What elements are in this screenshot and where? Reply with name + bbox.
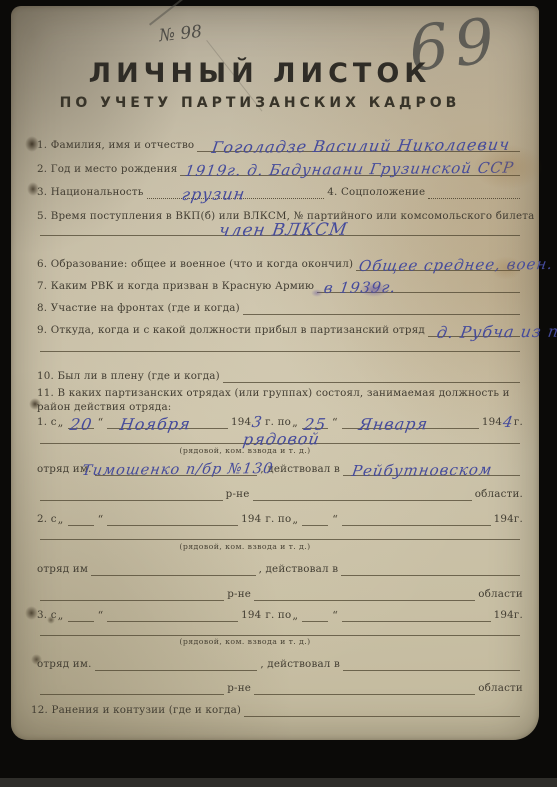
entry-2-to-day-line xyxy=(302,512,328,526)
entry-1-po-label: г. по xyxy=(265,416,291,429)
entry-2-district-line-1 xyxy=(40,587,224,601)
field-9-label: 9. Откуда, когда и с какой должности при… xyxy=(37,324,425,337)
entry-3-district-line-2 xyxy=(254,681,475,695)
entry-2-district-row: р-не области xyxy=(37,587,523,601)
entry-1-from-day: 20 xyxy=(69,418,93,431)
entry-1-g-label: г. xyxy=(514,416,523,429)
entry-1-position-handwriting: рядовой xyxy=(242,432,321,446)
quote-open: „ xyxy=(292,513,298,526)
entry-3-position-row xyxy=(37,622,523,636)
field-12-line xyxy=(244,703,520,717)
entry-1-to-day-line: 25 xyxy=(302,415,328,429)
entry-3-to-day-line xyxy=(302,608,328,622)
year-printed: 194 xyxy=(231,416,251,429)
entry-2-rne-label: р-не xyxy=(227,588,251,601)
entry-3-position-caption: (рядовой, ком. взвода и т. д.) xyxy=(11,637,479,646)
entry-2-g-label: г. xyxy=(514,513,523,526)
field-9-continuation-row xyxy=(37,338,523,352)
field-10-row: 10. Был ли в плену (где и когда) xyxy=(37,369,523,383)
field-4-line xyxy=(428,185,520,199)
entry-1-number: 1. с xyxy=(37,416,57,429)
entry-3-otryad-label: отряд им. xyxy=(37,658,92,671)
entry-3-po-label: г. по xyxy=(265,609,291,622)
quote-close: “ xyxy=(98,513,104,526)
entry-3-position-line xyxy=(40,622,520,636)
field-1-label: 1. Фамилия, имя и отчество xyxy=(37,139,194,152)
entry-3-dejstv-line xyxy=(343,657,520,671)
entry-2-date-row: 2. с „ “ 194 г. по „ “ 194 г. xyxy=(37,512,523,526)
field-3-handwriting: грузин xyxy=(181,187,246,201)
field-2-row: 2. Год и место рождения 1919г. д. Бадуна… xyxy=(37,162,523,176)
entry-2-otryad-line xyxy=(91,562,255,576)
scan-background-strip xyxy=(0,778,557,787)
field-9-line: д. Рубча из плена xyxy=(428,323,520,337)
entry-3-from-day-line xyxy=(68,608,94,622)
field-1-line: Гоголадзе Василий Николаевич xyxy=(197,138,520,152)
entry-1-dejstv-line: Рейбутновском xyxy=(343,462,520,476)
entry-2-position-caption: (рядовой, ком. взвода и т. д.) xyxy=(11,542,479,551)
entry-1-otryad-line: Тимошенко п/бр №130 xyxy=(95,462,258,476)
entry-1-to-month-line: Января xyxy=(342,415,479,429)
field-9-row: 9. Откуда, когда и с какой должности при… xyxy=(37,323,523,337)
entry-2-otryad-row: отряд им , действовал в xyxy=(37,562,523,576)
field-11-label: 11. В каких партизанских отрядах (или гр… xyxy=(37,387,510,413)
year-printed: 194 xyxy=(494,609,514,622)
field-5-handwriting: член ВЛКСМ xyxy=(218,224,348,238)
quote-open: „ xyxy=(292,416,298,429)
quote-close: “ xyxy=(332,416,338,429)
field-2-line: 1919г. д. Бадунаани Грузинской ССР xyxy=(180,162,520,176)
entry-2-to-month-line xyxy=(342,512,491,526)
entry-3-g-label: г. xyxy=(514,609,523,622)
field-6-row: 6. Образование: общее и военное (что и к… xyxy=(37,257,523,271)
entry-1-from-year-digit: 3 xyxy=(251,416,263,429)
quote-open: „ xyxy=(292,609,298,622)
entry-2-from-month-line xyxy=(107,512,238,526)
entry-3-to-month-line xyxy=(342,608,491,622)
entry-1-date-row: 1. с „ 20 “ Ноября 1943 г. по „ 25 “ Янв… xyxy=(37,415,523,429)
entry-1-position-caption: (рядовой, ком. взвода и т. д.) xyxy=(11,446,479,455)
entry-1-position-line: рядовой xyxy=(40,430,520,444)
entry-3-district-line-1 xyxy=(40,681,224,695)
quote-open: „ xyxy=(58,416,64,429)
field-9-handwriting: д. Рубча из плена xyxy=(436,324,557,339)
entry-3-oblast-label: области xyxy=(478,682,523,695)
field-8-line xyxy=(243,301,520,315)
field-7-row: 7. Каким РВК и когда призван в Красную А… xyxy=(37,279,523,293)
field-9-continuation-line xyxy=(40,338,520,352)
entry-3-district-row: р-не области xyxy=(37,681,523,695)
quote-close: “ xyxy=(332,609,338,622)
entry-1-position-row: рядовой xyxy=(37,430,523,444)
field-7-handwriting: в 1939г. xyxy=(323,281,397,295)
field-3-line: грузин xyxy=(147,185,325,199)
entry-1-district-line-1 xyxy=(40,487,223,501)
entry-3-dejstv-label: , действовал в xyxy=(260,658,340,671)
year-printed: 194 xyxy=(241,513,261,526)
entry-2-district-line-2 xyxy=(254,587,475,601)
entry-3-date-row: 3. с „ “ 194 г. по „ “ 194 г. xyxy=(37,608,523,622)
entry-1-district-line-2 xyxy=(253,487,472,501)
quote-open: „ xyxy=(58,513,64,526)
field-2-label: 2. Год и место рождения xyxy=(37,163,177,176)
entry-2-otryad-label: отряд им xyxy=(37,563,88,576)
form-title: ЛИЧНЫЙ ЛИСТОК xyxy=(11,58,509,89)
entry-2-dejstv-line xyxy=(341,562,520,576)
scanned-document: № 98 69 ЛИЧНЫЙ ЛИСТОК ПО УЧЕТУ ПАРТИЗАНС… xyxy=(0,0,557,787)
field-1-row: 1. Фамилия, имя и отчество Гоголадзе Вас… xyxy=(37,138,523,152)
year-printed: 194 xyxy=(241,609,261,622)
field-7-label: 7. Каким РВК и когда призван в Красную А… xyxy=(37,280,314,293)
entry-1-otryad-handwriting: Тимошенко п/бр №130 xyxy=(81,463,274,478)
entry-1-oblast-label: области. xyxy=(475,488,523,501)
entry-1-rne-label: р-не xyxy=(226,488,250,501)
entry-1-dejstv-handwriting: Рейбутновском xyxy=(351,464,493,478)
quote-close: “ xyxy=(332,513,338,526)
field-8-label: 8. Участие на фронтах (где и когда) xyxy=(37,302,240,315)
field-12-label: 12. Ранения и контузии (где и когда) xyxy=(31,704,241,717)
entry-1-from-day-line: 20 xyxy=(68,415,94,429)
sheet-number-pencil: № 98 xyxy=(158,22,203,46)
entry-2-number: 2. с xyxy=(37,513,57,526)
field-1-handwriting: Гоголадзе Василий Николаевич xyxy=(211,138,511,154)
entry-2-oblast-label: области xyxy=(478,588,523,601)
year-printed: 194 xyxy=(482,416,502,429)
field-5-line: член ВЛКСМ xyxy=(40,222,520,236)
entry-1-from-month: Ноября xyxy=(119,417,192,431)
year-printed: 194 xyxy=(494,513,514,526)
entry-3-number: 3. с xyxy=(37,609,57,622)
field-12-row: 12. Ранения и контузии (где и когда) xyxy=(31,703,523,717)
entry-3-otryad-line xyxy=(95,657,258,671)
entry-3-rne-label: р-не xyxy=(227,682,251,695)
form-subtitle: ПО УЧЕТУ ПАРТИЗАНСКИХ КАДРОВ xyxy=(11,95,509,111)
entry-3-otryad-row: отряд им. , действовал в xyxy=(37,657,523,671)
field-10-line xyxy=(223,369,520,383)
field-7-line: в 1939г. xyxy=(317,279,520,293)
field-6-handwriting: Общее среднее, воен. особ. xyxy=(358,257,557,273)
quote-close: “ xyxy=(98,416,104,429)
field-3-4-row: 3. Национальность грузин 4. Соцположение xyxy=(37,185,523,199)
entry-2-position-row xyxy=(37,526,523,540)
field-3-label: 3. Национальность xyxy=(37,186,144,199)
field-2-handwriting: 1919г. д. Бадунаани Грузинской ССР xyxy=(184,162,515,178)
quote-close: “ xyxy=(98,609,104,622)
entry-1-otryad-row: отряд им. Тимошенко п/бр №130 , действов… xyxy=(37,462,523,476)
entry-1-district-row: р-не области. xyxy=(37,487,523,501)
entry-2-dejstv-label: , действовал в xyxy=(259,563,339,576)
field-6-label: 6. Образование: общее и военное (что и к… xyxy=(37,258,353,271)
field-6-line: Общее среднее, воен. особ. xyxy=(356,257,520,271)
quote-open: „ xyxy=(58,609,64,622)
form-paper: № 98 69 ЛИЧНЫЙ ЛИСТОК ПО УЧЕТУ ПАРТИЗАНС… xyxy=(11,6,539,740)
entry-2-position-line xyxy=(40,526,520,540)
entry-1-from-month-line: Ноября xyxy=(107,415,228,429)
field-11-label-block: 11. В каких партизанских отрядах (или гр… xyxy=(37,387,523,414)
entry-3-from-month-line xyxy=(107,608,238,622)
entry-1-to-month: Января xyxy=(358,417,429,431)
entry-2-po-label: г. по xyxy=(265,513,291,526)
field-10-label: 10. Был ли в плену (где и когда) xyxy=(37,370,220,383)
entry-2-from-day-line xyxy=(68,512,94,526)
entry-1-to-year-digit: 4 xyxy=(502,416,514,429)
field-4-label: 4. Соцположение xyxy=(327,186,425,199)
field-8-row: 8. Участие на фронтах (где и когда) xyxy=(37,301,523,315)
field-5-value-row: член ВЛКСМ xyxy=(37,222,523,236)
